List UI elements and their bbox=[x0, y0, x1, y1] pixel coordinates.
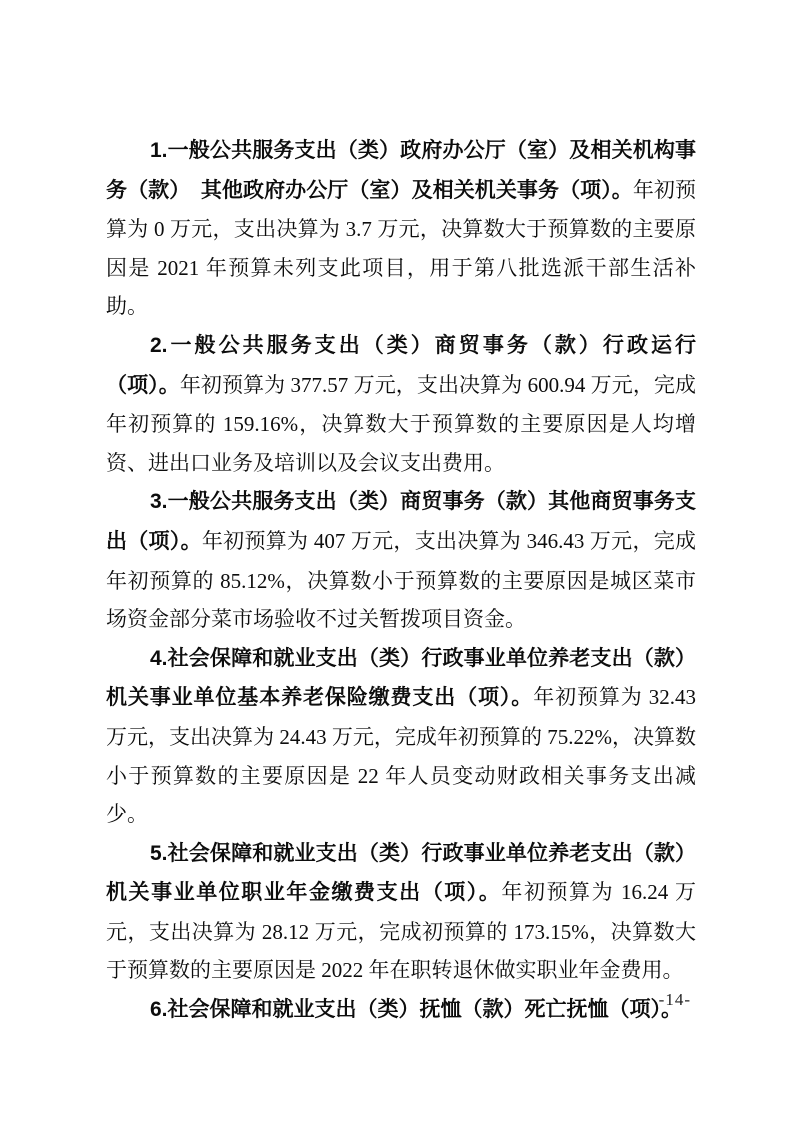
budget-item-paragraph-6: 6.社会保障和就业支出（类）抚恤（款）死亡抚恤（项）。 bbox=[106, 990, 696, 1030]
budget-item-paragraph-4: 4.社会保障和就业支出（类）行政事业单位养老支出（款）机关事业单位基本养老保险缴… bbox=[106, 639, 696, 834]
budget-item-heading-6: 6.社会保障和就业支出（类）抚恤（款）死亡抚恤（项）。 bbox=[150, 998, 682, 1021]
budget-item-paragraph-1: 1.一般公共服务支出（类）政府办公厅（室）及相关机构事务（款） 其他政府办公厅（… bbox=[106, 131, 696, 326]
budget-item-paragraph-5: 5.社会保障和就业支出（类）行政事业单位养老支出（款）机关事业单位职业年金缴费支… bbox=[106, 834, 696, 990]
budget-item-paragraph-3: 3.一般公共服务支出（类）商贸事务（款）其他商贸事务支出（项）。年初预算为 40… bbox=[106, 482, 696, 638]
page-number: -14- bbox=[659, 990, 691, 1010]
document-body: 1.一般公共服务支出（类）政府办公厅（室）及相关机构事务（款） 其他政府办公厅（… bbox=[106, 131, 696, 1030]
budget-item-heading-1: 1.一般公共服务支出（类）政府办公厅（室）及相关机构事务（款） 其他政府办公厅（… bbox=[106, 139, 696, 202]
budget-item-detail-2: 年初预算为 377.57 万元，支出决算为 600.94 万元，完成年初预算的 … bbox=[106, 373, 696, 475]
document-page: 1.一般公共服务支出（类）政府办公厅（室）及相关机构事务（款） 其他政府办公厅（… bbox=[0, 0, 793, 1122]
budget-item-paragraph-2: 2.一般公共服务支出（类）商贸事务（款）行政运行（项）。年初预算为 377.57… bbox=[106, 326, 696, 482]
